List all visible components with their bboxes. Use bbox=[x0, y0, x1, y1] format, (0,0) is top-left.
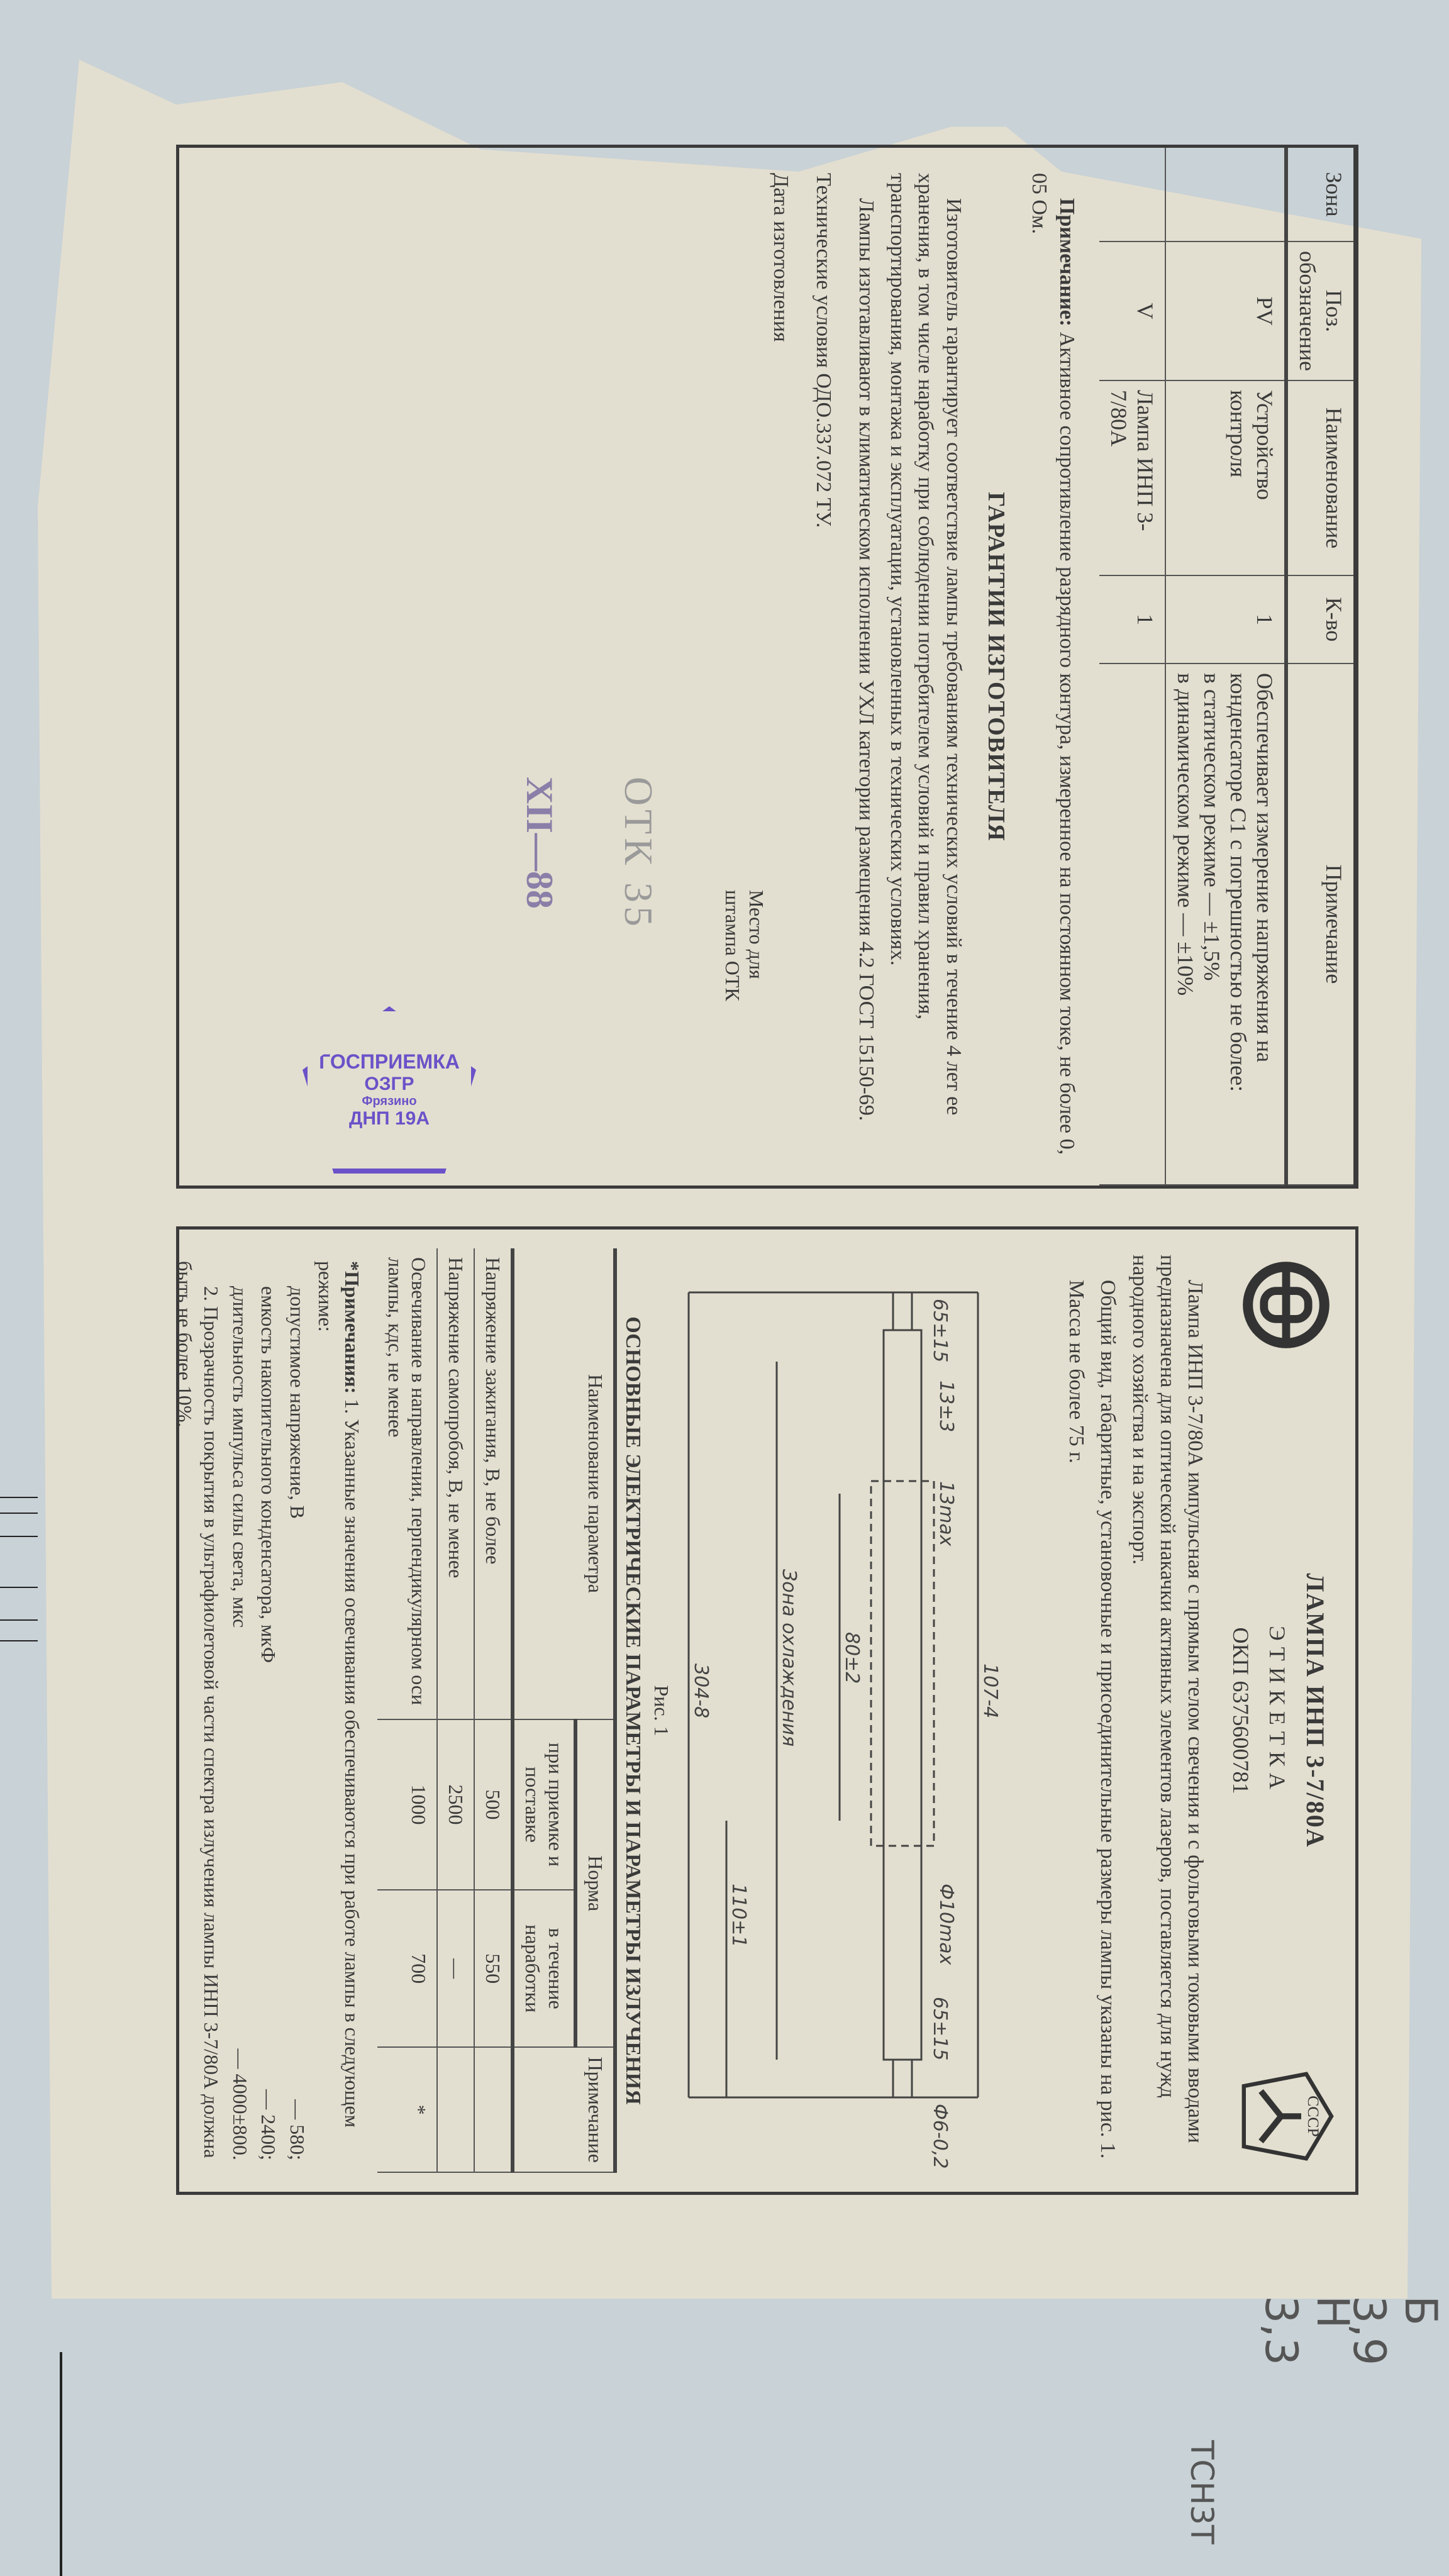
label-description: Лампа ИНП 3-7/80А импульсная с прямым те… bbox=[1062, 1230, 1228, 2192]
label-title: ЛАМПА ИНП 3-7/80А bbox=[1301, 1230, 1330, 2192]
table-row: PV Устройство контроля 1 Обеспечивает из… bbox=[1165, 148, 1286, 1185]
label-header: ЛАМПА ИНП 3-7/80А ЭТИКЕТКА ОКП 637560078… bbox=[1228, 1230, 1355, 2192]
col-name: Наименование bbox=[1286, 380, 1353, 575]
figure-caption: Рис. 1 bbox=[650, 1230, 673, 2192]
svg-text:13±3: 13±3 bbox=[935, 1380, 957, 1432]
handwriting-note: Б 3,9 bbox=[1343, 2296, 1446, 2365]
svg-text:Ф10max: Ф10max bbox=[935, 1884, 957, 1965]
col-zone: Зона bbox=[1286, 148, 1353, 241]
rotated-document: Зона Поз. обозначение Наименование К-во … bbox=[132, 145, 1358, 2283]
otk-place: Место для штампа ОТК bbox=[720, 890, 769, 1001]
spec-panel: Зона Поз. обозначение Наименование К-во … bbox=[176, 145, 1358, 1189]
warranty-section: Примечание: Активное сопротивление разря… bbox=[744, 148, 1100, 1185]
date-stamp: XII—88 bbox=[518, 777, 561, 909]
params-section: ОСНОВНЫЕ ЭЛЕКТРИЧЕСКИЕ ПАРАМЕТРЫ И ПАРАМ… bbox=[159, 1230, 645, 2192]
svg-text:65±15: 65±15 bbox=[929, 1997, 951, 2060]
resistance-note: Примечание: Активное сопротивление разря… bbox=[1025, 173, 1080, 1160]
otk-stamp: ОТК 35 bbox=[615, 777, 662, 930]
notes: *Примечания: 1. Указанные значения освеч… bbox=[159, 1248, 377, 2173]
background-grid bbox=[0, 1497, 38, 1667]
ussr-quality-mark-icon: СССР bbox=[1236, 2066, 1336, 2167]
svg-text:65±15: 65±15 bbox=[929, 1299, 951, 1362]
handwriting-note: ТСН3Т bbox=[1184, 2440, 1220, 2544]
handwriting-note: Н 3,3 bbox=[1255, 2296, 1358, 2386]
col-pos: Поз. обозначение bbox=[1286, 241, 1353, 380]
svg-text:80±2: 80±2 bbox=[841, 1632, 863, 1684]
okp-code: ОКП 6375600781 bbox=[1228, 1230, 1254, 2192]
warranty-para-1: Изготовитель гарантирует соответствие ла… bbox=[884, 173, 967, 1160]
svg-text:107-4: 107-4 bbox=[979, 1663, 1001, 1718]
table-row: Освечивание в направлении, перпендикуляр… bbox=[377, 1248, 437, 2172]
svg-text:110±1: 110±1 bbox=[728, 1884, 750, 1947]
svg-text:13max: 13max bbox=[935, 1481, 957, 1546]
name-device: Устройство контроля bbox=[1165, 380, 1286, 575]
col-note: Примечание bbox=[1286, 663, 1353, 1185]
spec-table: Зона Поз. обозначение Наименование К-во … bbox=[1099, 148, 1353, 1185]
note-cell: Обеспечивает измерение напряжения на кон… bbox=[1165, 663, 1286, 1185]
pos-pv: PV bbox=[1165, 241, 1286, 380]
manufacture-date-label: Дата изготовления bbox=[767, 173, 794, 1160]
tech-conditions: Технические условия ОДО.337.072 ТУ. bbox=[809, 173, 837, 1160]
params-table: Наименование параметра Норма Примечание … bbox=[377, 1248, 613, 2173]
factory-logo-icon bbox=[1236, 1255, 1336, 1355]
lamp-drawing: 107-4 304-8 65±15 13±3 13max 80±2 110±1 … bbox=[676, 1255, 1028, 2173]
label-panel: СССР ЛАМПА ИНП 3-7/80А ЭТИКЕТКА ОКП 6375… bbox=[176, 1226, 1358, 2195]
warranty-para-2: Лампы изготавливают в климатическом испо… bbox=[852, 173, 880, 1160]
table-row: V Лампа ИНП 3-7/80А 1 bbox=[1099, 148, 1165, 1185]
svg-text:Ф6-0,2: Ф6-0,2 bbox=[929, 2104, 951, 2168]
svg-text:СССР: СССР bbox=[1304, 2096, 1323, 2136]
warranty-heading: ГАРАНТИИ ИЗГОТОВИТЕЛЯ bbox=[982, 173, 1010, 1160]
gospriemka-stamp: ГОСПРИЕМКА ОЗГР Фрязино ДНП 19А bbox=[303, 1006, 476, 1174]
background-line bbox=[60, 2352, 62, 2576]
label-subtitle: ЭТИКЕТКА bbox=[1264, 1230, 1291, 2192]
svg-text:Зона охлаждения: Зона охлаждения bbox=[778, 1569, 800, 1746]
params-heading: ОСНОВНЫЕ ЭЛЕКТРИЧЕСКИЕ ПАРАМЕТРЫ И ПАРАМ… bbox=[613, 1248, 645, 2173]
name-lamp: Лампа ИНП 3-7/80А bbox=[1099, 380, 1165, 575]
col-qty: К-во bbox=[1286, 575, 1353, 663]
svg-text:304-8: 304-8 bbox=[690, 1663, 712, 1718]
table-row: Напряжение зажигания, В, не более 500 55… bbox=[474, 1248, 513, 2172]
table-row: Напряжение самопробоя, В, не менее 2500 … bbox=[437, 1248, 474, 2172]
